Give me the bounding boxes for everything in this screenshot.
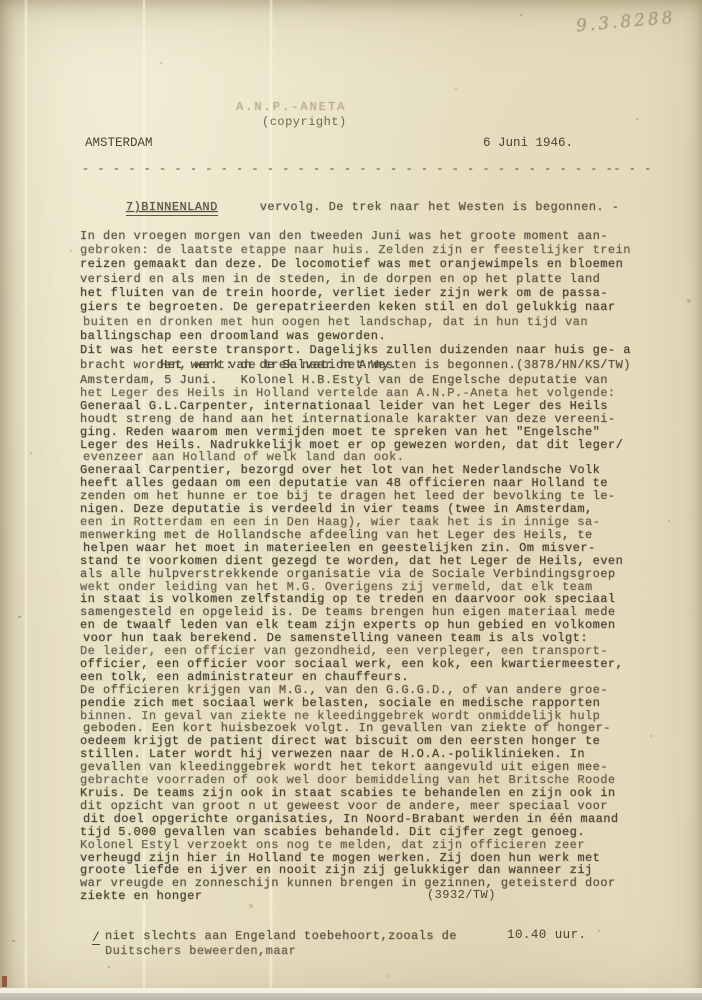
pencil-annotation: 9.3.8288 [575, 8, 676, 37]
text-line: In den vroegen morgen van den tweeden Ju… [80, 229, 631, 243]
paper-fold-line [24, 0, 28, 1000]
text-line: ballingschap een droomland was geworden. [80, 329, 631, 343]
text-line: reizen gemaakt dan deze. De locomotief w… [80, 257, 631, 271]
time-label: 10.40 uur. [507, 928, 587, 942]
text-line: Duitschers beweerden,maar [105, 944, 457, 959]
paragraph-salvation-army: Amsterdam, 5 Juni. Kolonel H.B.Estyl van… [80, 374, 623, 903]
text-line: Kruis. De teams zijn ook in staat scabie… [80, 787, 623, 800]
text-line: een tolk, een administrateur en chauffeu… [80, 671, 623, 684]
text-line: ziekte en honger [80, 890, 623, 903]
text-line: geboden. Een kort huisbezoek volgt. In g… [83, 722, 623, 735]
scan-edge-dark [0, 993, 702, 1000]
dateline-row: AMSTERDAM 6 Juni 1946. [85, 136, 573, 150]
text-line: het fluiten van de trein hoorde, verliet… [80, 286, 631, 300]
text-line: niet slechts aan Engeland toebehoort,zoo… [105, 929, 457, 944]
text-line: giers te begroeten. De gerepatrieerden k… [80, 300, 631, 314]
text-line: Kolonel Estyl verzoekt ons nog te melden… [80, 839, 623, 852]
text-line: als alle hulpverstrekkende organisatie v… [80, 568, 623, 581]
salvation-army-heading: Het werk van de Salvation Army. [160, 358, 397, 372]
text-line: evenzeer aan Holland of welk land dan oo… [83, 451, 623, 464]
text-line: war vreugde en zonneschijn kunnen brenge… [80, 877, 623, 890]
section-label: 7)BINNENLAND [126, 200, 218, 216]
agency-letterhead: A.N.P.-ANETA [236, 100, 346, 114]
text-line: dit opzicht van groot n ut geweest voor … [80, 800, 623, 813]
footnote-block: niet slechts aan Engeland toebehoort,zoo… [105, 929, 457, 958]
text-line: Generaal G.L.Carpenter, internationaal l… [80, 400, 623, 413]
text-line: het Leger des Heils in Holland vertelde … [80, 387, 623, 400]
text-line: ging. Reden waarom men vermijden moet te… [80, 426, 623, 439]
city-label: AMSTERDAM [85, 136, 153, 150]
separator-dashes: - - - - - - - - - - - - - - - - - - - - … [82, 162, 660, 176]
text-line: Amsterdam, 5 Juni. Kolonel H.B.Estyl van… [80, 374, 623, 387]
paragraph-trek-westen: In den vroegen morgen van den tweeden Ju… [80, 229, 631, 372]
text-line: menwerking met de Hollandsche afdeeling … [80, 529, 623, 542]
article-binnenland: 7)BINNENLANDvervolg. De trek naar het We… [80, 186, 631, 372]
margin-mark: - [16, 610, 23, 624]
text-line: een in Rotterdam en een in Den Haag), wi… [80, 516, 623, 529]
copyright-line: (copyright) [262, 115, 347, 129]
text-line: Dit was het eerste transport. Dagelijks … [80, 343, 631, 357]
text-line: pendie zich met sociaal werk belasten, s… [80, 697, 623, 710]
margin-mark: - [10, 934, 17, 948]
text-line: buiten en dronken met hun oogen het land… [83, 315, 631, 329]
text-line: samengesteld en opgeleid is. De teams br… [80, 606, 623, 619]
date-label: 6 Juni 1946. [483, 136, 573, 150]
text-line: officier, een officier voor sociaal werk… [80, 658, 623, 671]
dispatch-code: (3932/TW) [427, 888, 496, 902]
text-line: tijd 5.000 gevallen van scabies behandel… [80, 826, 623, 839]
text-line: De leider, een officier van gezondheid, … [80, 645, 623, 658]
text-line: versierd en als men in de steden, in de … [80, 272, 631, 286]
paper-specks [0, 0, 2, 2]
text-line: gebroken: de laatste etappe naar huis. Z… [80, 243, 631, 257]
insertion-mark: / [92, 931, 100, 945]
text-line: gebrachte voorraden of ook wel door bemi… [80, 774, 623, 787]
ink-blot [2, 976, 7, 987]
section-lead: vervolg. De trek naar het Westen is bego… [260, 200, 620, 214]
text-line: dit doel opgerichte organisaties, In Noo… [83, 813, 623, 826]
text-line: zenden om het hunne er toe bij te dragen… [80, 490, 623, 503]
text-line: stand te voorkomen dient gezegd te worde… [80, 555, 623, 568]
text-line: wekt onder leiding van het M.G. Overigen… [80, 581, 623, 594]
text-line: helpen waar het moet in materieelen en g… [83, 542, 623, 555]
section-heading-row: 7)BINNENLANDvervolg. De trek naar het We… [80, 186, 631, 229]
text-line: De officieren krijgen van M.G., van den … [80, 684, 623, 697]
text-line: houdt streng de hand aan het internation… [80, 413, 623, 426]
scanned-document-page: 9.3.8288 A.N.P.-ANETA (copyright) AMSTER… [0, 0, 702, 1000]
